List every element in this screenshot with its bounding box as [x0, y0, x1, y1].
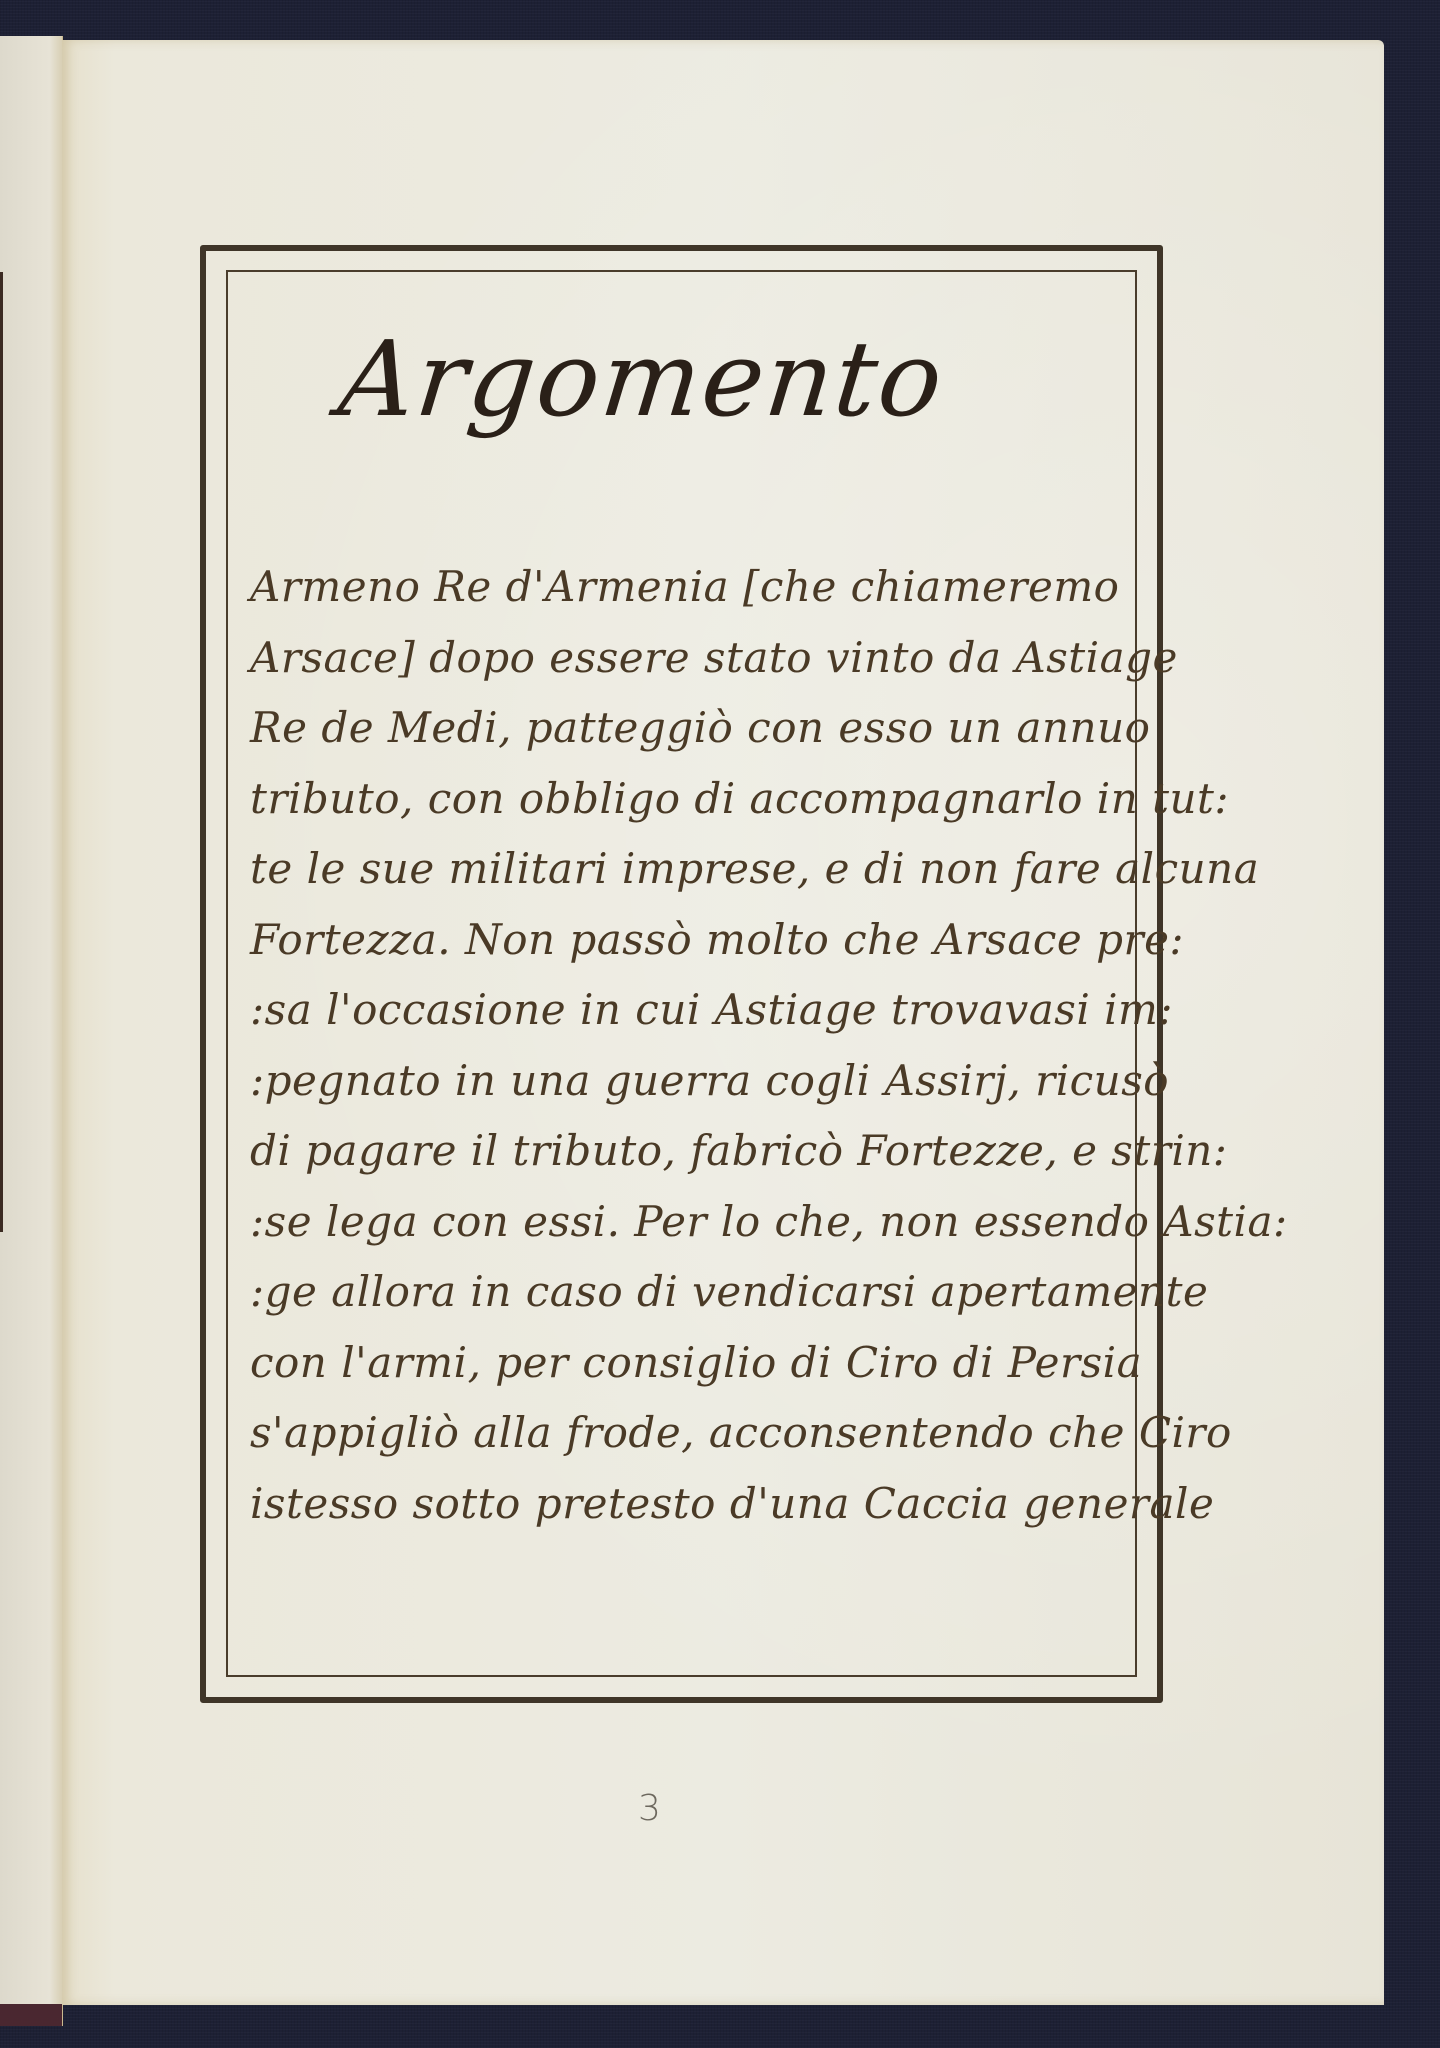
left-page-edge [0, 36, 63, 2026]
text-line: :se lega con essi. Per lo che, non essen… [250, 1187, 1130, 1258]
text-line: :ge allora in caso di vendicarsi apertam… [250, 1257, 1130, 1328]
page-title: Argomento [334, 318, 950, 440]
text-line: Armeno Re d'Armenia [che chiameremo [250, 552, 1130, 623]
text-line: Re de Medi, patteggiò con esso un annuo [250, 693, 1130, 764]
text-line: :sa l'occasione in cui Astiage trovavasi… [250, 975, 1130, 1046]
text-line: Fortezza. Non passò molto che Arsace pre… [250, 905, 1130, 976]
text-line: Arsace] dopo essere stato vinto da Astia… [250, 623, 1130, 694]
text-line: s'appigliò alla frode, acconsentendo che… [250, 1398, 1130, 1469]
manuscript-body: Armeno Re d'Armenia [che chiameremo Arsa… [250, 552, 1130, 1539]
page-number: 3 [638, 1788, 661, 1829]
text-line: :pegnato in una guerra cogli Assirj, ric… [250, 1046, 1130, 1117]
book-cover-corner [0, 2004, 62, 2026]
text-line: con l'armi, per consiglio di Ciro di Per… [250, 1328, 1130, 1399]
text-line: di pagare il tributo, fabricò Fortezze, … [250, 1116, 1130, 1187]
binding-mark [0, 272, 3, 1232]
text-line: te le sue militari imprese, e di non far… [250, 834, 1130, 905]
text-line: tributo, con obbligo di accompagnarlo in… [250, 764, 1130, 835]
text-line: istesso sotto pretesto d'una Caccia gene… [250, 1469, 1130, 1540]
